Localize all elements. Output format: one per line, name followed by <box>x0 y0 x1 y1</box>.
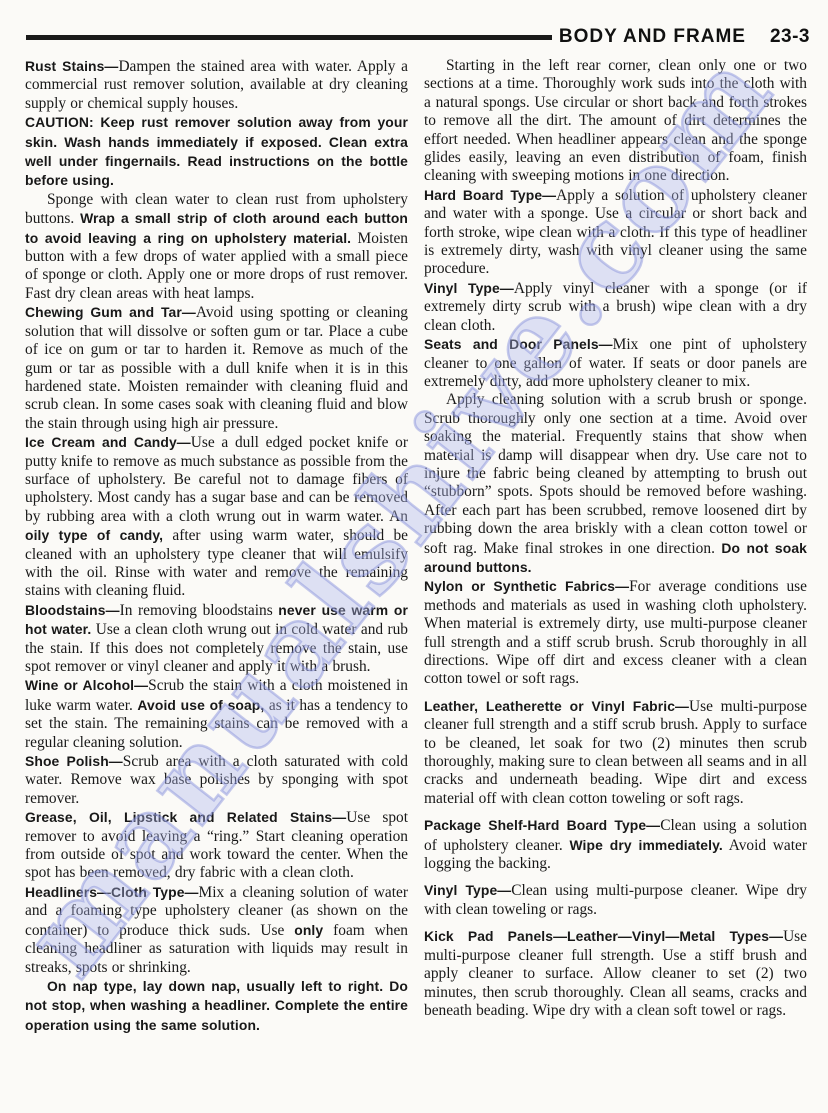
text-run: Avoid using spotting or cleaning solutio… <box>25 304 408 431</box>
paragraph: Rust Stains—Dampen the stained area with… <box>25 57 408 113</box>
bold-run: Vinyl Type— <box>424 280 514 296</box>
paragraph: Headliners—Cloth Type—Mix a cleaning sol… <box>25 883 408 977</box>
bold-run: Bloodstains— <box>25 602 120 618</box>
page-title: BODY AND FRAME <box>559 26 746 48</box>
bold-run: Vinyl Type— <box>424 882 511 898</box>
bold-run: Kick Pad Panels—Leather—Vinyl—Metal Type… <box>424 928 783 944</box>
bold-run: Avoid use of soap, <box>137 697 264 713</box>
bold-run: On nap type, lay down nap, usually left … <box>25 978 408 1033</box>
paragraph: Hard Board Type—Apply a solution of upho… <box>424 186 807 279</box>
paragraph: Apply cleaning solution with a scrub bru… <box>424 391 807 577</box>
page-header: BODY AND FRAME 23-3 <box>26 26 810 48</box>
bold-run: Hard Board Type— <box>424 187 556 203</box>
paragraph: Vinyl Type—Clean using multi-purpose cle… <box>424 881 807 919</box>
paragraph: Wine or Alcohol—Scrub the stain with a c… <box>25 676 408 752</box>
text-run: Starting in the left rear corner, clean … <box>424 57 807 184</box>
paragraph: Kick Pad Panels—Leather—Vinyl—Metal Type… <box>424 927 807 1020</box>
bold-run: Wine or Alcohol— <box>25 677 148 693</box>
page-number: 23-3 <box>770 26 810 48</box>
paragraph: Chewing Gum and Tar—Avoid using spotting… <box>25 303 408 433</box>
text-run: In removing bloodstains <box>120 602 279 619</box>
text-run: For average conditions use methods and m… <box>424 578 807 687</box>
paragraph: Vinyl Type—Apply vinyl cleaner with a sp… <box>424 279 807 335</box>
paragraph: Nylon or Synthetic Fabrics—For average c… <box>424 577 807 688</box>
bold-run: Rust Stains— <box>25 58 118 74</box>
bold-run: only <box>294 922 323 938</box>
paragraph: CAUTION: Keep rust remover solution away… <box>25 113 408 191</box>
bold-run: Ice Cream and Candy— <box>25 434 191 450</box>
paragraph: Leather, Leatherette or Vinyl Fabric—Use… <box>424 697 807 808</box>
bold-run: Wipe dry immediately. <box>569 837 722 853</box>
paragraph: On nap type, lay down nap, usually left … <box>25 977 408 1035</box>
paragraph: Package Shelf-Hard Board Type—Clean usin… <box>424 816 807 873</box>
bold-run: CAUTION: Keep rust remover solution away… <box>25 114 408 188</box>
paragraph: Grease, Oil, Lipstick and Related Stains… <box>25 808 408 883</box>
paragraph: Starting in the left rear corner, clean … <box>424 57 807 186</box>
bold-run: Chewing Gum and Tar— <box>25 304 196 320</box>
bold-run: Shoe Polish— <box>25 753 123 769</box>
bold-run: oily type of candy, <box>25 527 163 543</box>
paragraph: Sponge with clean water to clean rust fr… <box>25 191 408 303</box>
column-left: Rust Stains—Dampen the stained area with… <box>25 57 408 1035</box>
text-columns: Rust Stains—Dampen the stained area with… <box>25 57 807 1035</box>
bold-run: Headliners—Cloth Type— <box>25 884 199 900</box>
bold-run: Nylon or Synthetic Fabrics— <box>424 578 629 594</box>
paragraph: Bloodstains—In removing bloodstains neve… <box>25 601 408 677</box>
header-rule <box>26 35 552 40</box>
paragraph: Shoe Polish—Scrub area with a cloth satu… <box>25 752 408 808</box>
text-run: Use multi-purpose cleaner full strength … <box>424 698 807 807</box>
bold-run: Grease, Oil, Lipstick and Related Stains… <box>25 809 346 825</box>
text-run: Apply cleaning solution with a scrub bru… <box>424 391 807 556</box>
bold-run: Package Shelf-Hard Board Type— <box>424 817 660 833</box>
paragraph: Ice Cream and Candy—Use a dull edged poc… <box>25 433 408 601</box>
column-right: Starting in the left rear corner, clean … <box>424 57 807 1035</box>
paragraph: Seats and Door Panels—Mix one pint of up… <box>424 335 807 391</box>
manual-page: BODY AND FRAME 23-3 Rust Stains—Dampen t… <box>0 0 828 1113</box>
bold-run: Leather, Leatherette or Vinyl Fabric— <box>424 698 689 714</box>
bold-run: Seats and Door Panels— <box>424 336 613 352</box>
